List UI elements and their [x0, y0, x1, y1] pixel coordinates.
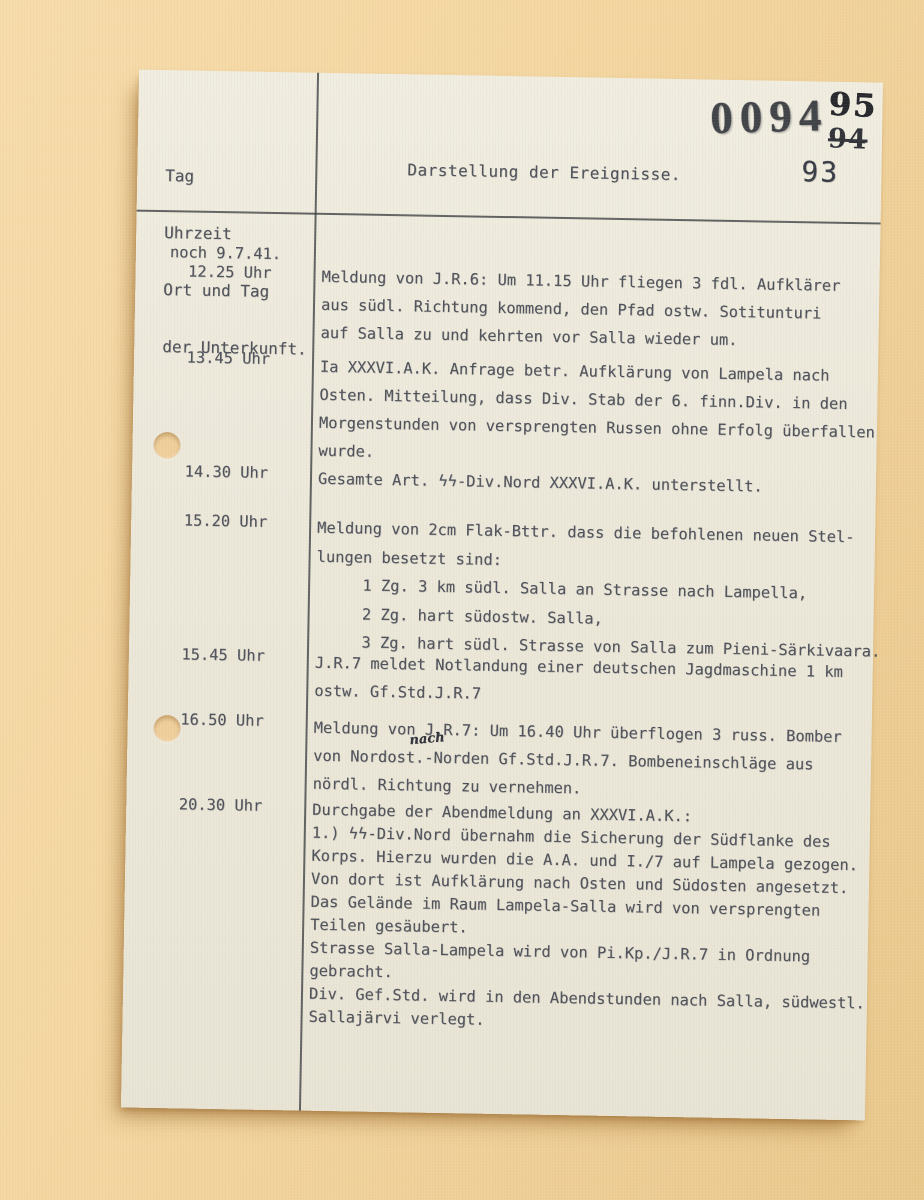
entry-body: Meldung von J.R.7: Um 16.40 Uhr überflog…	[312, 714, 842, 807]
entry-time: noch 9.7.41. 12.25 Uhr	[169, 243, 281, 283]
entry-time: 14.30 Uhr	[166, 462, 268, 483]
events-column-title: Darstellung der Ereignisse.	[407, 160, 681, 184]
typed-page-number: 93	[801, 155, 839, 189]
entry-time: 13.45 Uhr	[168, 348, 270, 369]
handwritten-annotation: nach	[408, 724, 446, 755]
crossed-out-page-number: 94	[827, 123, 868, 155]
column-header-line: Uhrzeit	[164, 223, 309, 245]
entry-body: Durchgabe der Abendmeldung an XXXVI.A.K.…	[308, 799, 868, 1039]
hole-punch-top	[153, 432, 180, 459]
column-header-line: Ort und Tag	[163, 280, 308, 302]
document-page: Tag Uhrzeit Ort und Tag der Unterkunft. …	[121, 70, 883, 1121]
page-number-stamp: 0094	[710, 91, 829, 142]
photo-backdrop: Tag Uhrzeit Ort und Tag der Unterkunft. …	[0, 0, 924, 1200]
column-header-line: Tag	[165, 166, 310, 188]
entry-time-line: 15.20 Uhr	[165, 511, 267, 532]
entry-time-line: 14.30 Uhr	[166, 462, 268, 483]
diary-entry: noch 9.7.41. 12.25 UhrMeldung von J.R.6:…	[136, 243, 880, 256]
entry-time-line: 13.45 Uhr	[168, 348, 270, 369]
entry-time: 15.45 Uhr	[163, 645, 265, 666]
entry-body: Meldung von 2cm Flak-Bttr. dass die befo…	[315, 514, 883, 666]
entry-time: 15.20 Uhr	[165, 511, 267, 532]
diary-entries-region: noch 9.7.41. 12.25 UhrMeldung von J.R.6:…	[139, 70, 883, 83]
entry-body: Ia XXXVI.A.K. Anfrage betr. Aufklärung v…	[318, 353, 876, 475]
entry-time: 20.30 Uhr	[160, 795, 262, 816]
entry-time-line: 20.30 Uhr	[160, 795, 262, 816]
handwritten-page-number: 95	[828, 85, 878, 125]
entry-body: J.R.7 meldet Notlandung einer deutschen …	[314, 649, 843, 714]
hole-punch-bottom	[153, 715, 180, 742]
diary-entry: 15.20 UhrMeldung von 2cm Flak-Bttr. dass…	[131, 511, 875, 524]
entry-body: Meldung von J.R.6: Um 11.15 Uhr fliegen …	[320, 263, 840, 356]
entry-time-line: 15.45 Uhr	[163, 645, 265, 666]
entry-time-line: noch 9.7.41.	[170, 243, 282, 264]
entry-time-line: 12.25 Uhr	[169, 262, 281, 283]
